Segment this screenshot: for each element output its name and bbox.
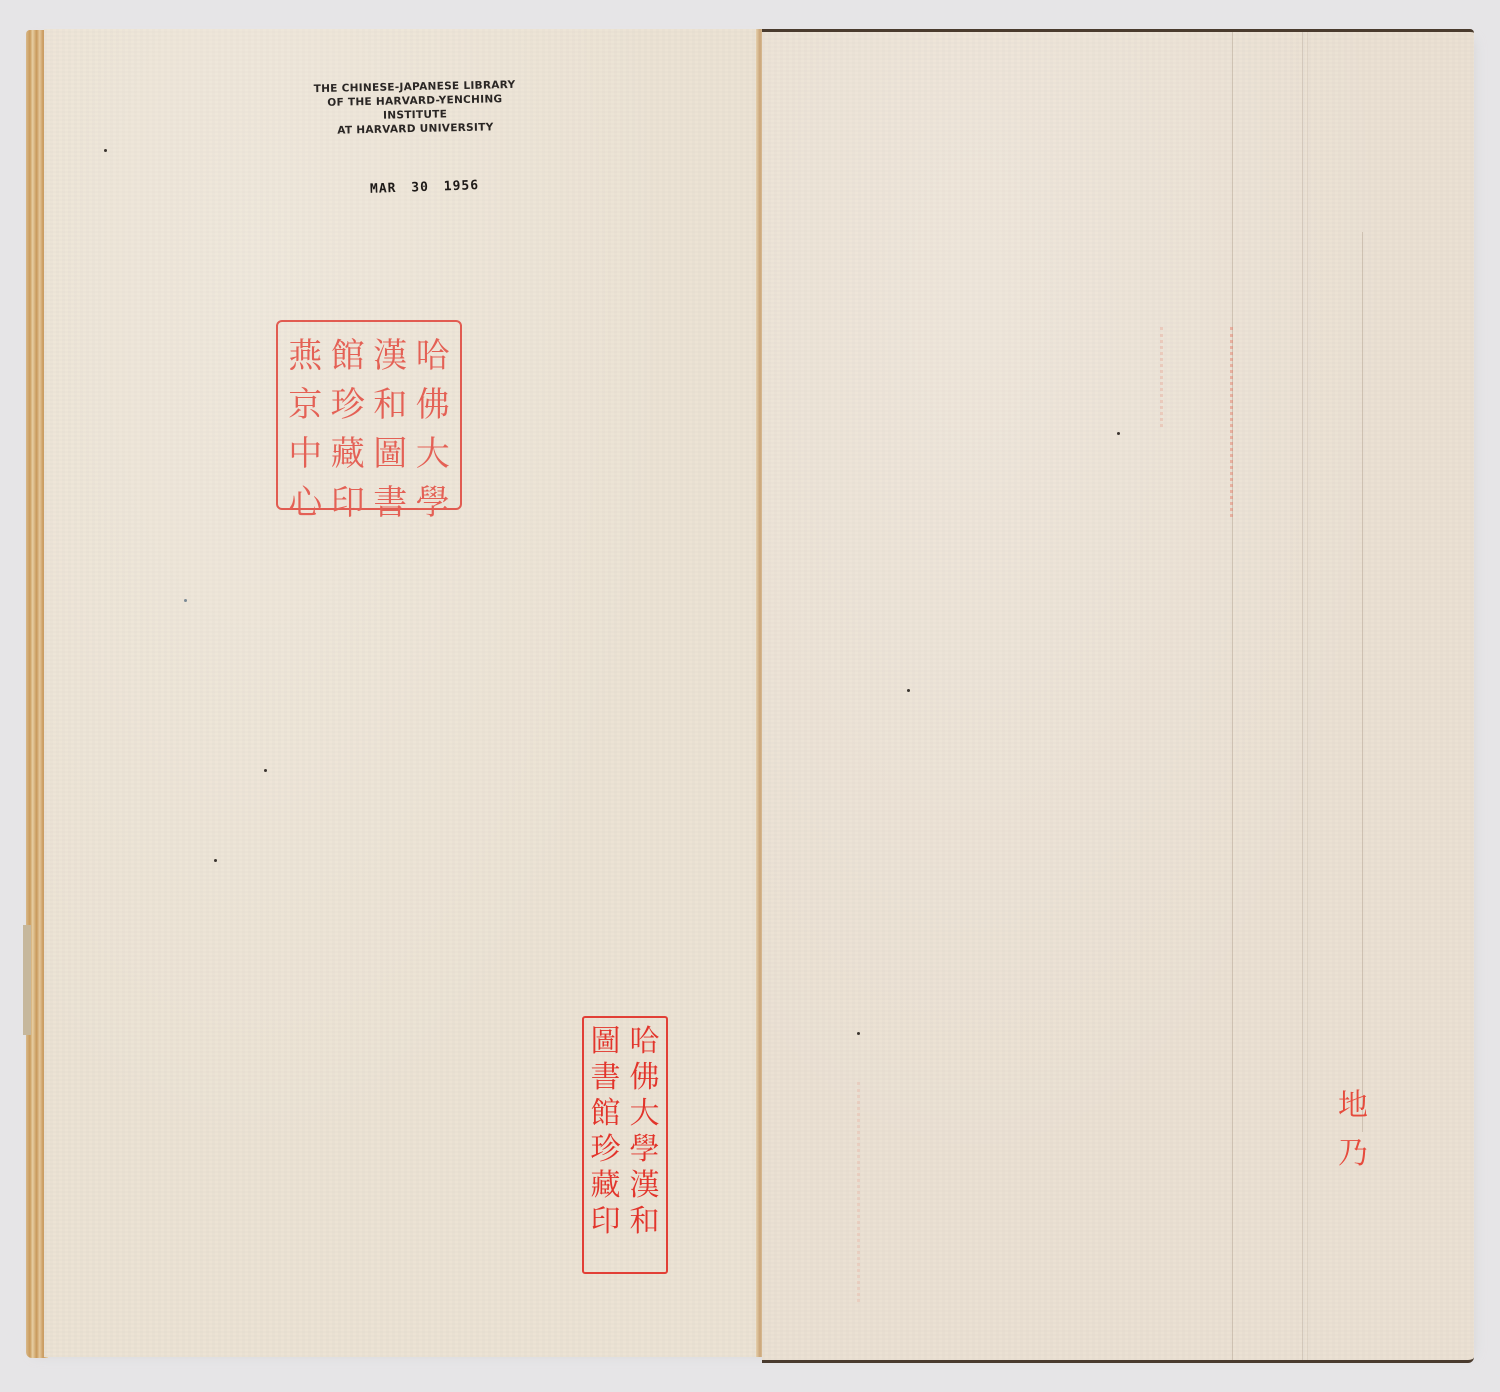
paper-speck: [857, 1032, 860, 1035]
seal-char: 印: [591, 1204, 621, 1240]
seal-char: 書: [591, 1060, 621, 1096]
ink-bleed-through: [857, 1082, 864, 1302]
seal-char: 漢: [630, 1168, 660, 1204]
seal-char: 印: [327, 475, 370, 524]
annotation-char: 乃: [1338, 1130, 1368, 1178]
seal-char: 藏: [591, 1168, 621, 1204]
seal-char: 館: [591, 1096, 621, 1132]
page-fold: [1307, 32, 1309, 1360]
spine-tab: [23, 925, 31, 1035]
page-fold: [1302, 32, 1304, 1360]
square-collection-seal: 哈 佛 大 學 漢 和 圖 書 館 珍 藏 印 燕 京 中 心: [276, 320, 462, 510]
paper-speck: [184, 599, 187, 602]
seal-char: 大: [412, 426, 455, 475]
seal-char: 學: [630, 1132, 660, 1168]
paper-speck: [1117, 432, 1120, 435]
handwritten-annotation: 地 乃: [1338, 1082, 1368, 1178]
page-crease: [1362, 232, 1363, 1132]
seal-char: 藏: [327, 426, 370, 475]
seal-char: 佛: [630, 1060, 660, 1096]
ink-bleed-through: [1230, 327, 1237, 517]
seal-column-right: 哈 佛 大 學 漢 和: [630, 1022, 660, 1268]
seal-char: 學: [412, 475, 455, 524]
seal-char: 哈: [412, 328, 455, 377]
page-crease: [1232, 32, 1233, 1360]
seal-char: 館: [327, 328, 370, 377]
paper-speck: [264, 769, 267, 772]
paper-speck: [214, 859, 217, 862]
seal-char: 和: [369, 377, 412, 426]
annotation-char: 地: [1338, 1082, 1368, 1130]
seal-char: 珍: [327, 377, 370, 426]
seal-char: 和: [630, 1204, 660, 1240]
paper-speck: [907, 689, 910, 692]
seal-char: 京: [284, 377, 327, 426]
seal-char: 哈: [630, 1024, 660, 1060]
seal-column-left: 圖 書 館 珍 藏 印: [591, 1022, 621, 1268]
seal-char: 圖: [591, 1024, 621, 1060]
rectangular-library-seal: 哈 佛 大 學 漢 和 圖 書 館 珍 藏 印: [582, 1016, 668, 1274]
library-ownership-stamp: THE CHINESE-JAPANESE LIBRARY OF THE HARV…: [299, 78, 530, 139]
seal-char: 書: [369, 475, 412, 524]
seal-char: 珍: [591, 1132, 621, 1168]
seal-char: 佛: [412, 377, 455, 426]
seal-char: 中: [284, 426, 327, 475]
paper-speck: [104, 149, 107, 152]
seal-char: 燕: [284, 328, 327, 377]
seal-char: 漢: [369, 328, 412, 377]
ink-bleed-through: [1160, 327, 1167, 427]
seal-char: 圖: [369, 426, 412, 475]
seal-char: 心: [284, 475, 327, 524]
seal-char: 大: [630, 1096, 660, 1132]
